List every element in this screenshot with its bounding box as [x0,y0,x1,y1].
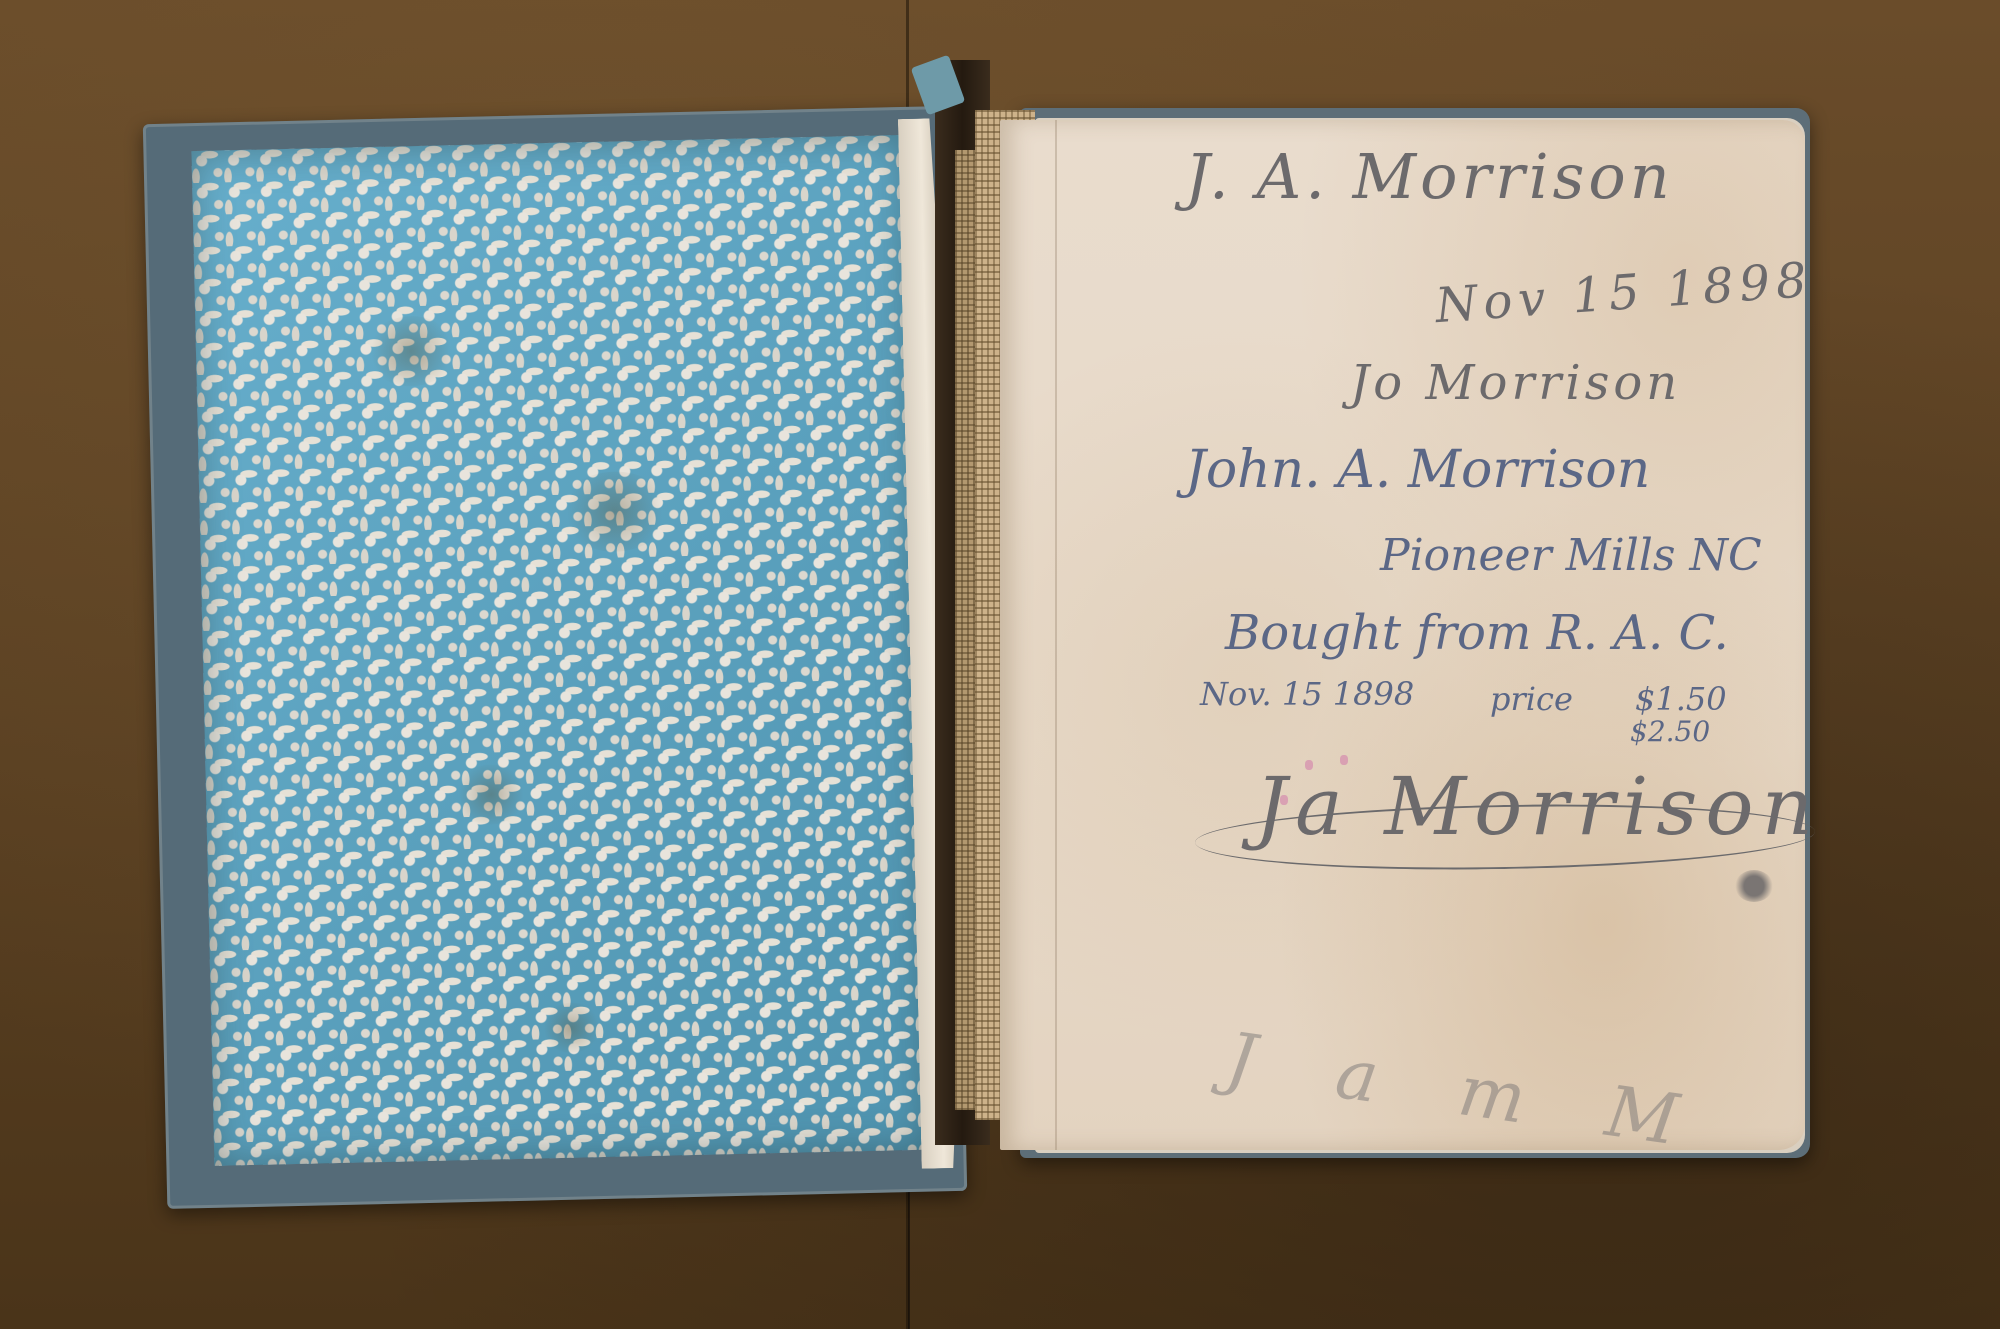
pink-mark [1340,755,1348,765]
pink-mark [1305,760,1313,770]
inscription-name: John. A. Morrison [1185,440,1650,500]
ink-smudge [1735,870,1773,902]
floral-endpaper [191,135,929,1166]
inscription-price-label: price [1490,680,1573,718]
stain [559,470,671,552]
stain [455,764,526,826]
inscription-bought-from: Bought from R. A. C. [1225,605,1729,661]
inscription-price-1: $1.50 [1635,680,1727,718]
inscription-price-2: $2.50 [1630,715,1710,748]
inscription-place: Pioneer Mills NC [1380,530,1762,581]
pink-mark [1280,795,1288,805]
stain [365,315,457,387]
inscription-date-2: Nov. 15 1898 [1200,675,1414,713]
page-fold-line [1055,120,1057,1150]
front-cover-board [143,106,967,1209]
inscription-signature-2: Jo Morrison [1350,355,1681,411]
inscription-signature-1: J. A. Morrison [1185,140,1674,213]
stain [541,1002,602,1053]
